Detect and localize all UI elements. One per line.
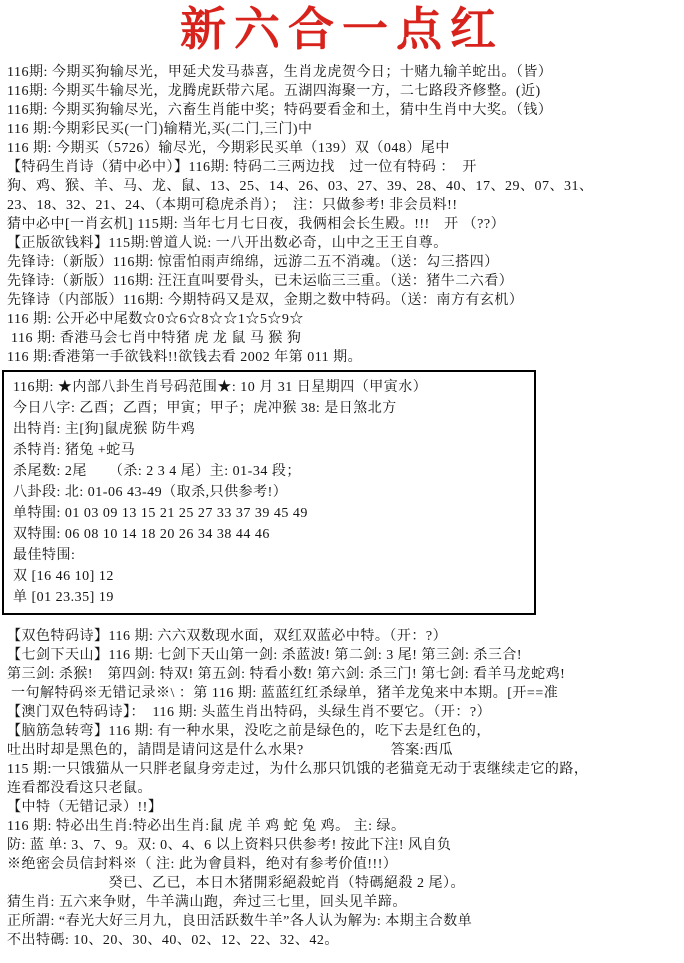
text-line: 连看都没看这只老鼠。 [2, 779, 682, 798]
text-line: 116期: 今期买牛输尽光，龙腾虎跃带六尾。五湖四海聚一方，二七路段齐修整。(近… [2, 82, 682, 101]
text-line: 单 [01 23.35] 19 [8, 587, 530, 608]
text-line: 【澳门双色特码诗】： 116 期: 头蓝生肖出特码，头绿生肖不要它。（开：?） [2, 703, 682, 722]
text-line: 【中特（无错记录）!!】 [2, 798, 682, 817]
page-title: 新六合一点红 [2, 4, 682, 57]
text-line: 【七剑下天山】116 期: 七剑下天山第一剑: 杀蓝波! 第二剑: 3 尾! 第… [2, 646, 682, 665]
text-line: 先锋诗:（新版）116期: 汪汪直叫要骨头，已未运临三三重。（送：猪牛二六看） [2, 272, 682, 291]
text-line: 先锋诗（内部版）116期: 今期特码又是双，金期之数中特码。（送：南方有玄机） [2, 291, 682, 310]
text-line: 116 期: 今期买（5726）输尽光，今期彩民买单（139）双（048）尾中 [2, 139, 682, 158]
text-line: 杀尾数: 2尾 （杀: 2 3 4 尾）主: 01-34 段； [8, 461, 530, 482]
text-line: 115 期:一只饿猫从一只胖老鼠身旁走过，为什么那只饥饿的老猫竟无动于衷继续走它… [2, 760, 682, 779]
text-line: 116期: 今期买狗输尽光，六畜生肖能中奖；特码要看金和土，猜中生肖中大奖。（钱… [2, 101, 682, 120]
text-line: 116 期: 香港马会七肖中特猪 虎 龙 鼠 马 猴 狗 [2, 329, 682, 348]
text-line: 猜中必中[一肖玄机] 115期: 当年七月七日夜，我俩相会长生殿。!!! 开 （… [2, 215, 682, 234]
text-line: 猜生肖: 五六来争财，牛羊满山跑，奔过三七里，回头见羊蹄。 [2, 893, 682, 912]
text-line: 116 期:香港第一手欲钱料!!欲钱去看 2002 年第 011 期。 [2, 348, 682, 367]
text-line: 正所謂: “春光大好三月九，良田活跃数牛羊”各人认为解为: 本期主合数单 [2, 912, 682, 931]
text-line: 先锋诗:（新版）116期: 惊雷怕雨声绵绵，远游二五不消魂。（送：勾三搭四） [2, 253, 682, 272]
text-line: 【特码生肖诗（猜中必中）】116期: 特码二三两边找 过一位有特码 ： 开 [2, 158, 682, 177]
text-line: 杀特肖: 猪兔 +蛇马 [8, 440, 530, 461]
text-line: 防: 蓝 单: 3、7、9。双: 0、4、6 以上资料只供参考! 按此下注! 风… [2, 836, 682, 855]
text-line: 单特围: 01 03 09 13 15 21 25 27 33 37 39 45… [8, 503, 530, 524]
text-line: 双特围: 06 08 10 14 18 20 26 34 38 44 46 [8, 524, 530, 545]
text-line: 狗、鸡、猴、羊、马、龙、鼠、13、25、14、26、03、27、39、28、40… [2, 177, 682, 196]
text-line: 今日八字: 乙酉；乙酉；甲寅；甲子；虎冲猴 38: 是日煞北方 [8, 398, 530, 419]
text-line: 不出特碼: 10、20、30、40、02、12、22、32、42。 [2, 931, 682, 950]
text-line: 第三剑: 杀猴! 第四剑: 特双! 第五剑: 特看小数! 第六剑: 杀三门! 第… [2, 665, 682, 684]
text-line: 八卦段: 北: 01-06 43-49（取杀,只供参考!） [8, 482, 530, 503]
text-line: 116 期: 特必出生肖:特必出生肖:鼠 虎 羊 鸡 蛇 兔 鸡。 主: 绿。 [2, 817, 682, 836]
text-line: 癸已、乙已，本日木猪開彩絕殺蛇肖（特碼絕殺 2 尾）。 [2, 874, 682, 893]
top-tips-section: 116期: 今期买狗输尽光，甲延犬发马恭喜，生肖龙虎贺今日；十赌九输羊蛇出。（皆… [2, 63, 682, 367]
text-line: 【正版欲钱料】115期:曾道人说: 一八开出数必奇，山中之王王自尊。 [2, 234, 682, 253]
text-line: 双 [16 46 10] 12 [8, 566, 530, 587]
text-line: 【脑筋急转弯】116 期: 有一种水果，没吃之前是绿色的，吃下去是红色的， [2, 722, 682, 741]
bagua-number-range-box: 116期: ★内部八卦生肖号码范围★: 10 月 31 日星期四（甲寅水）今日八… [2, 370, 536, 615]
text-line: 一句解特码※无错记录※\ ：第 116 期: 蓝蓝红红杀绿单，猪羊龙兔来中本期。… [2, 684, 682, 703]
text-line: 116期: 今期买狗输尽光，甲延犬发马恭喜，生肖龙虎贺今日；十赌九输羊蛇出。（皆… [2, 63, 682, 82]
text-line: 116 期: 公开必中尾数☆0☆6☆8☆☆1☆5☆9☆ [2, 310, 682, 329]
text-line: 吐出时却是黑色的，請問是请问这是什么水果? 答案:西瓜 [2, 741, 682, 760]
text-line: 116 期:今期彩民买(一门)输精光,买(二门,三门)中 [2, 120, 682, 139]
tip-sheet-page: 新六合一点红 116期: 今期买狗输尽光，甲延犬发马恭喜，生肖龙虎贺今日；十赌九… [0, 0, 684, 950]
bottom-tips-section: 【双色特码诗】116 期: 六六双数现水面，双红双蓝必中特。（开：?）【七剑下天… [2, 627, 682, 950]
text-line: 最佳特围: [8, 545, 530, 566]
text-line: ※绝密会员信封料※（ 注: 此为會員料，绝对有参考价值!!!） [2, 855, 682, 874]
text-line: 116期: ★内部八卦生肖号码范围★: 10 月 31 日星期四（甲寅水） [8, 377, 530, 398]
text-line: 23、18、32、21、24、（本期可稳虎杀肖）； 注：只做参考! 非会员料!! [2, 196, 682, 215]
text-line: 出特肖: 主[狗]鼠虎猴 防牛鸡 [8, 419, 530, 440]
text-line: 【双色特码诗】116 期: 六六双数现水面，双红双蓝必中特。（开：?） [2, 627, 682, 646]
